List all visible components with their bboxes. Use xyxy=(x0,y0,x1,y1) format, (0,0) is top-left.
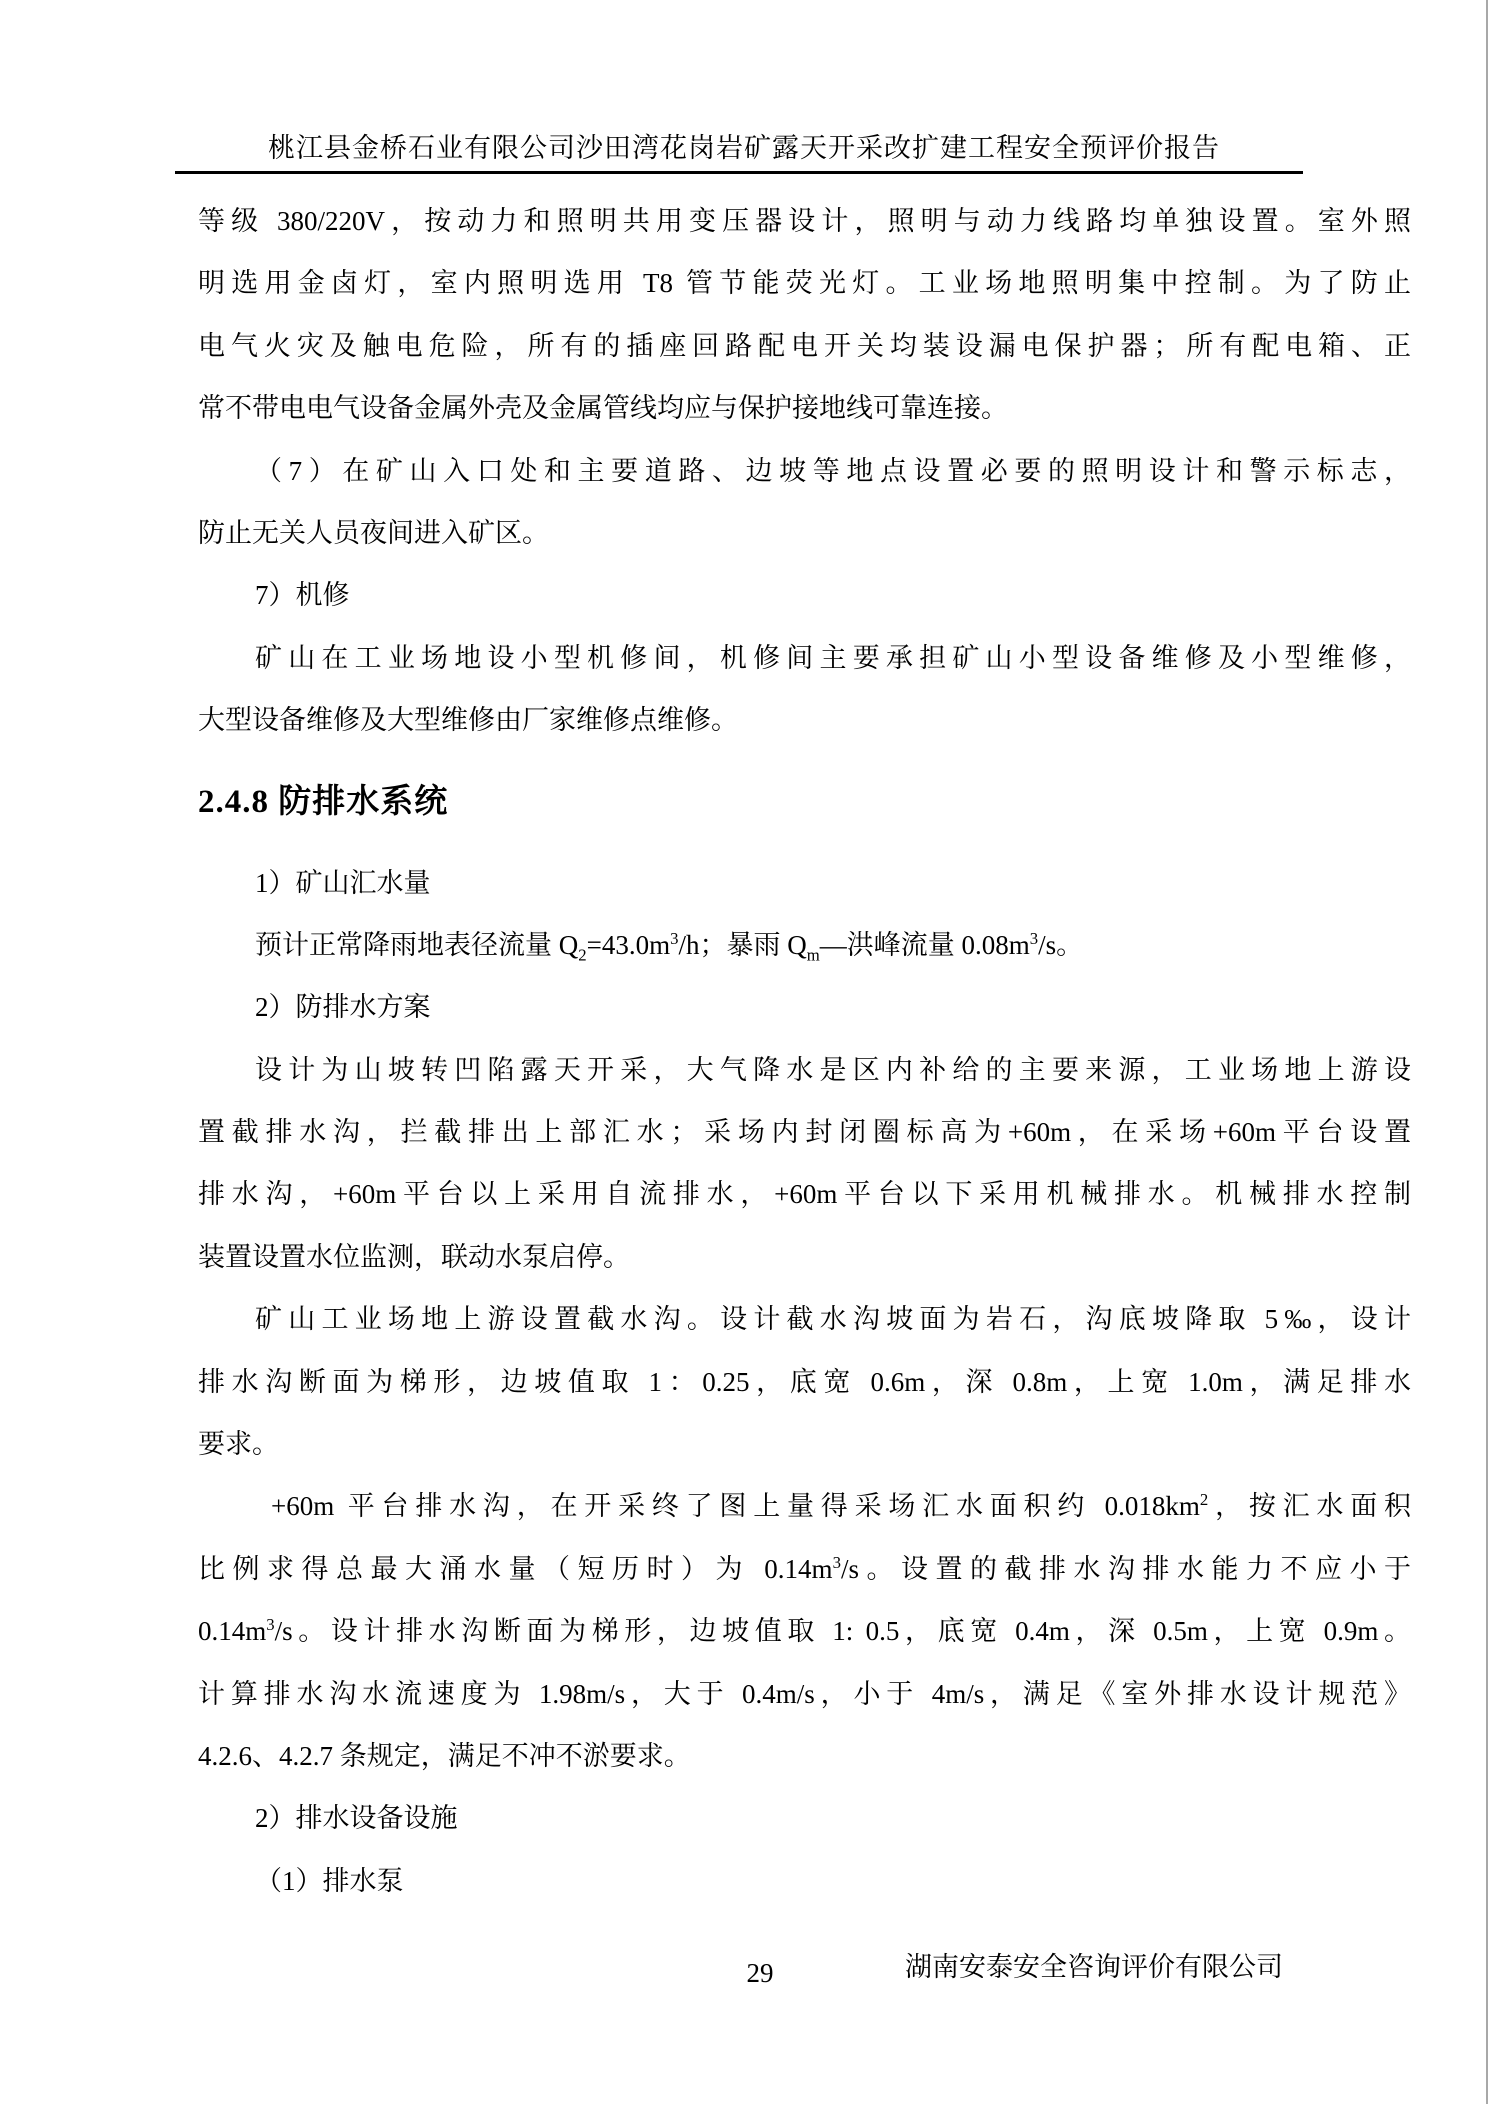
text-run: 1）矿山汇水量 xyxy=(255,868,431,898)
text-run: 要求。 xyxy=(198,1429,279,1459)
text-run: （1）排水泵 xyxy=(255,1866,404,1896)
body-line: 比例求得总最大涌水量（短历时）为 0.14m3/s。设置的截排水沟排水能力不应小… xyxy=(198,1538,1411,1600)
body-line: 排水沟断面为梯形，边坡值取 1：0.25，底宽 0.6m，深 0.8m，上宽 1… xyxy=(198,1351,1411,1413)
body-line: 2）排水设备设施 xyxy=(198,1787,1411,1849)
text-run: 7）机修 xyxy=(255,580,350,610)
text-run: 4.2.6、4.2.7 条规定，满足不冲不淤要求。 xyxy=(198,1741,691,1771)
text-run: 常不带电电气设备金属外壳及金属管线均应与保护接地线可靠连接。 xyxy=(198,393,1008,423)
body-line: 矿山工业场地上游设置截水沟。设计截水沟坡面为岩石，沟底坡降取 5‰，设计 xyxy=(198,1288,1411,1350)
footer-company-name: 湖南安泰安全咨询评价有限公司 xyxy=(905,1952,1283,1982)
text-run: 电气火灾及触电危险，所有的插座回路配电开关均装设漏电保护器；所有配电箱、正 xyxy=(198,331,1411,361)
body-line: 装置设置水位监测，联动水泵启停。 xyxy=(198,1226,1411,1288)
text-run: 矿山在工业场地设小型机修间，机修间主要承担矿山小型设备维修及小型维修， xyxy=(255,643,1411,673)
body-line: 电气火灾及触电危险，所有的插座回路配电开关均装设漏电保护器；所有配电箱、正 xyxy=(198,315,1411,377)
text-run: /s。 xyxy=(1038,930,1083,960)
text-run: 0.14m xyxy=(198,1616,266,1646)
body-line: （7）在矿山入口处和主要道路、边坡等地点设置必要的照明设计和警示标志， xyxy=(198,440,1411,502)
text-run: 设计为山坡转凹陷露天开采，大气降水是区内补给的主要来源，工业场地上游设 xyxy=(255,1055,1411,1085)
body-line: 要求。 xyxy=(198,1413,1411,1475)
body-line: 等级 380/220V，按动力和照明共用变压器设计，照明与动力线路均单独设置。室… xyxy=(198,190,1411,252)
text-run: 等级 380/220V，按动力和照明共用变压器设计，照明与动力线路均单独设置。室… xyxy=(198,206,1411,236)
text-run: 排水沟，+60m平台以上采用自流排水，+60m平台以下采用机械排水。机械排水控制 xyxy=(198,1179,1411,1209)
text-run: 矿山工业场地上游设置截水沟。设计截水沟坡面为岩石，沟底坡降取 5‰，设计 xyxy=(255,1304,1411,1334)
text-run: +60m 平台排水沟，在开采终了图上量得采场汇水面积约 0.018km xyxy=(271,1491,1200,1521)
document-body: 等级 380/220V，按动力和照明共用变压器设计，照明与动力线路均单独设置。室… xyxy=(198,190,1411,1912)
body-line: 明选用金卤灯，室内照明选用 T8 管节能荧光灯。工业场地照明集中控制。为了防止 xyxy=(198,252,1411,314)
text-run: 排水沟断面为梯形，边坡值取 1：0.25，底宽 0.6m，深 0.8m，上宽 1… xyxy=(198,1367,1411,1397)
sup-run: 3 xyxy=(266,1615,274,1634)
sup-run: 3 xyxy=(1030,929,1038,948)
text-run: 2）防排水方案 xyxy=(255,992,431,1022)
page-number: 29 xyxy=(700,1958,820,1988)
body-line: 防止无关人员夜间进入矿区。 xyxy=(198,502,1411,564)
text-run: /s。设计排水沟断面为梯形，边坡值取 1: 0.5，底宽 0.4m，深 0.5m… xyxy=(275,1616,1411,1646)
text-run: /h；暴雨 Q xyxy=(678,930,806,960)
document-page: 桃江县金桥石业有限公司沙田湾花岗岩矿露天开采改扩建工程安全预评价报告 等级 38… xyxy=(0,0,1488,2104)
body-line: 2）防排水方案 xyxy=(198,976,1411,1038)
body-line: 7）机修 xyxy=(198,564,1411,626)
text-run: 比例求得总最大涌水量（短历时）为 0.14m xyxy=(198,1554,833,1584)
text-run: —洪峰流量 0.08m xyxy=(820,930,1030,960)
text-run: 大型设备维修及大型维修由厂家维修点维修。 xyxy=(198,705,738,735)
text-run: 装置设置水位监测，联动水泵启停。 xyxy=(198,1242,630,1272)
body-line: 4.2.6、4.2.7 条规定，满足不冲不淤要求。 xyxy=(198,1725,1411,1787)
sub-run: m xyxy=(807,945,820,964)
body-line: 常不带电电气设备金属外壳及金属管线均应与保护接地线可靠连接。 xyxy=(198,377,1411,439)
header-title: 桃江县金桥石业有限公司沙田湾花岗岩矿露天开采改扩建工程安全预评价报告 xyxy=(0,133,1488,163)
text-run: 2）排水设备设施 xyxy=(255,1803,458,1833)
text-run: 预计正常降雨地表径流量 Q xyxy=(255,930,578,960)
body-line: 排水沟，+60m平台以上采用自流排水，+60m平台以下采用机械排水。机械排水控制 xyxy=(198,1163,1411,1225)
sup-run: 3 xyxy=(833,1553,841,1572)
body-line: 0.14m3/s。设计排水沟断面为梯形，边坡值取 1: 0.5，底宽 0.4m，… xyxy=(198,1600,1411,1662)
text-run: 明选用金卤灯，室内照明选用 T8 管节能荧光灯。工业场地照明集中控制。为了防止 xyxy=(198,268,1411,298)
body-line: 1）矿山汇水量 xyxy=(198,852,1411,914)
body-line: 矿山在工业场地设小型机修间，机修间主要承担矿山小型设备维修及小型维修， xyxy=(198,627,1411,689)
text-run: （7）在矿山入口处和主要道路、边坡等地点设置必要的照明设计和警示标志， xyxy=(255,456,1411,486)
body-line: 置截排水沟，拦截排出上部汇水；采场内封闭圈标高为+60m，在采场+60m平台设置 xyxy=(198,1101,1411,1163)
text-run: /s。设置的截排水沟排水能力不应小于 xyxy=(841,1554,1411,1584)
body-line: 预计正常降雨地表径流量 Q2=43.0m3/h；暴雨 Qm—洪峰流量 0.08m… xyxy=(198,914,1411,976)
body-line: 设计为山坡转凹陷露天开采，大气降水是区内补给的主要来源，工业场地上游设 xyxy=(198,1039,1411,1101)
text-run: 计算排水沟水流速度为 1.98m/s，大于 0.4m/s，小于 4m/s，满足《… xyxy=(198,1679,1411,1709)
text-run: =43.0m xyxy=(587,930,670,960)
body-line: （1）排水泵 xyxy=(198,1850,1411,1912)
body-line: 大型设备维修及大型维修由厂家维修点维修。 xyxy=(198,689,1411,751)
header-rule xyxy=(175,171,1303,174)
body-line: +60m 平台排水沟，在开采终了图上量得采场汇水面积约 0.018km2，按汇水… xyxy=(198,1475,1411,1537)
text-run: ，按汇水面积 xyxy=(1208,1491,1411,1521)
section-heading: 2.4.8 防排水系统 xyxy=(198,752,1411,852)
sub-run: 2 xyxy=(578,945,586,964)
text-run: 防止无关人员夜间进入矿区。 xyxy=(198,518,549,548)
body-line: 计算排水沟水流速度为 1.98m/s，大于 0.4m/s，小于 4m/s，满足《… xyxy=(198,1663,1411,1725)
text-run: 置截排水沟，拦截排出上部汇水；采场内封闭圈标高为+60m，在采场+60m平台设置 xyxy=(198,1117,1411,1147)
text-run: 2.4.8 防排水系统 xyxy=(198,784,448,820)
